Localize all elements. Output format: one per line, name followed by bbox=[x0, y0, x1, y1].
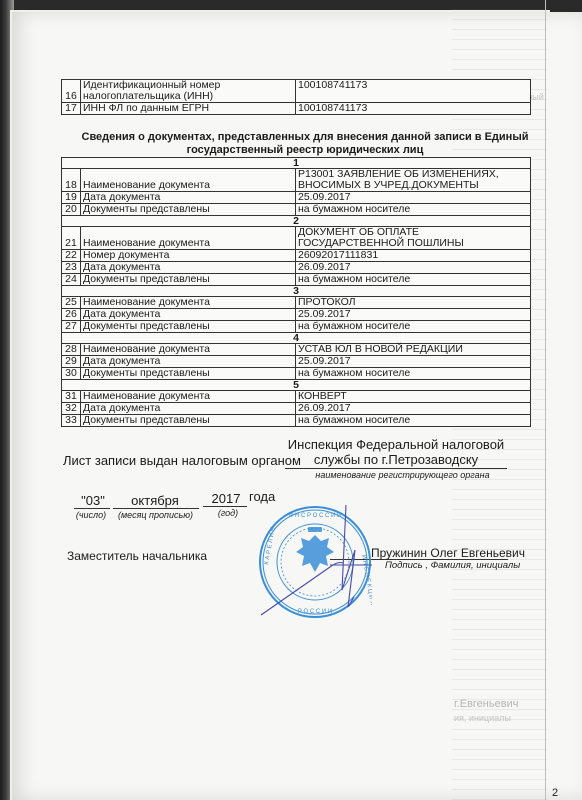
table-row: 28Наименование документаУСТАВ ЮЛ В НОВОЙ… bbox=[62, 344, 531, 356]
row-value: 26.09.2017 bbox=[296, 262, 531, 274]
row-number: 19 bbox=[62, 192, 81, 204]
row-value: 26.09.2017 bbox=[296, 403, 531, 415]
row-label: ИНН ФЛ по данным ЕГРН bbox=[81, 103, 296, 115]
documents-table: 118Наименование документаР13001 ЗАЯВЛЕНИ… bbox=[61, 157, 531, 427]
row-label: Документы представлены bbox=[81, 274, 296, 286]
row-value: 25.09.2017 bbox=[296, 309, 531, 321]
row-label: Идентификационный номер налогоплательщик… bbox=[81, 80, 296, 103]
table-row: 20Документы представленына бумажном носи… bbox=[62, 204, 531, 216]
row-number: 16 bbox=[62, 80, 81, 103]
signer-position: Заместитель начальника bbox=[67, 549, 207, 563]
row-number: 18 bbox=[62, 169, 81, 192]
svg-text:Ф Н С Р О С С И И: Ф Н С Р О С С И И bbox=[289, 513, 342, 519]
signature-caption: Подпись , Фамилия, инициалы bbox=[385, 560, 520, 571]
row-value: на бумажном носителе bbox=[296, 321, 531, 333]
row-number: 30 bbox=[62, 368, 81, 380]
table-row: 25Наименование документаПРОТОКОЛ bbox=[62, 297, 531, 309]
row-label: Наименование документа bbox=[81, 297, 296, 309]
row-label: Дата документа bbox=[81, 356, 296, 368]
authority-underline bbox=[285, 468, 507, 469]
row-label: Дата документа bbox=[81, 403, 296, 415]
row-label: Дата документа bbox=[81, 309, 296, 321]
date-year: 2017 bbox=[206, 491, 246, 506]
section-number: 4 bbox=[62, 333, 531, 344]
official-seal-icon: Ф Н С Р О С С И И Р О С С И И К А Р Е Л … bbox=[258, 505, 372, 619]
authority-line-2: службы по г.Петрозаводску bbox=[287, 452, 505, 467]
table-row: 18Наименование документаР13001 ЗАЯВЛЕНИЕ… bbox=[62, 169, 531, 192]
row-number: 26 bbox=[62, 309, 81, 321]
row-value: 25.09.2017 bbox=[296, 192, 531, 204]
section-heading: Сведения о документах, представленных дл… bbox=[62, 131, 548, 157]
svg-text:Р О С С И И: Р О С С И И bbox=[298, 609, 332, 615]
year-suffix: года bbox=[249, 489, 275, 504]
section-row: 4 bbox=[62, 333, 531, 344]
section-number: 2 bbox=[62, 216, 531, 227]
taxpayer-id-table: 16 Идентификационный номер налогоплатель… bbox=[61, 79, 531, 115]
row-value: КОНВЕРТ bbox=[296, 391, 531, 403]
row-label: Документы представлены bbox=[81, 368, 296, 380]
row-number: 27 bbox=[62, 321, 81, 333]
date-month: октября bbox=[115, 493, 195, 508]
authority-line-1: Инспекция Федеральной налоговой bbox=[287, 437, 505, 452]
section-number: 3 bbox=[62, 286, 531, 297]
row-number: 29 bbox=[62, 356, 81, 368]
table-row: 26Дата документа25.09.2017 bbox=[62, 309, 531, 321]
row-number: 28 bbox=[62, 344, 81, 356]
table-row: 30Документы представленына бумажном носи… bbox=[62, 368, 531, 380]
table-row: 33Документы представленына бумажном носи… bbox=[62, 415, 531, 427]
row-label: Номер документа bbox=[81, 250, 296, 262]
year-caption: (год) bbox=[208, 508, 248, 518]
row-number: 23 bbox=[62, 262, 81, 274]
table-row: 16 Идентификационный номер налогоплатель… bbox=[62, 80, 531, 103]
row-value: Р13001 ЗАЯВЛЕНИЕ ОБ ИЗМЕНЕНИЯХ, ВНОСИМЫХ… bbox=[296, 169, 531, 192]
row-value: на бумажном носителе bbox=[296, 368, 531, 380]
authority-caption: наименование регистрирующего органа bbox=[300, 470, 505, 480]
row-value: 100108741173 bbox=[296, 103, 531, 115]
table-row: 29Дата документа25.09.2017 bbox=[62, 356, 531, 368]
row-label: Документы представлены bbox=[81, 321, 296, 333]
table-row: 19Дата документа25.09.2017 bbox=[62, 192, 531, 204]
row-label: Документы представлены bbox=[81, 204, 296, 216]
row-value: УСТАВ ЮЛ В НОВОЙ РЕДАКЦИИ bbox=[296, 344, 531, 356]
section-row: 1 bbox=[62, 158, 531, 169]
bleed-text: ия, инициалы bbox=[454, 713, 511, 723]
row-number: 20 bbox=[62, 204, 81, 216]
signer-name: Пружинин Олег Евгеньевич bbox=[371, 546, 525, 560]
row-value: на бумажном носителе bbox=[296, 204, 531, 216]
section-row: 2 bbox=[62, 216, 531, 227]
table-row: 27Документы представленына бумажном носи… bbox=[62, 321, 531, 333]
row-value: 25.09.2017 bbox=[296, 356, 531, 368]
row-number: 31 bbox=[62, 391, 81, 403]
registering-authority: Инспекция Федеральной налоговой службы п… bbox=[287, 437, 505, 467]
row-value: 26092017111831 bbox=[296, 250, 531, 262]
page-fold-line bbox=[545, 0, 546, 800]
table-row: 22Номер документа26092017111831 bbox=[62, 250, 531, 262]
bleed-text: г.Евгеньевич bbox=[454, 698, 518, 710]
section-row: 3 bbox=[62, 286, 531, 297]
table-row: 24Документы представленына бумажном носи… bbox=[62, 274, 531, 286]
row-label: Наименование документа bbox=[81, 169, 296, 192]
section-row: 5 bbox=[62, 380, 531, 391]
section-number: 5 bbox=[62, 380, 531, 391]
issued-by-label: Лист записи выдан налоговым органом bbox=[63, 453, 301, 468]
page-number: 2 bbox=[552, 787, 558, 799]
month-underline bbox=[113, 508, 199, 509]
row-number: 24 bbox=[62, 274, 81, 286]
row-label: Документы представлены bbox=[81, 415, 296, 427]
row-number: 21 bbox=[62, 227, 81, 250]
table-row: 17 ИНН ФЛ по данным ЕГРН 100108741173 bbox=[62, 103, 531, 115]
row-number: 25 bbox=[62, 297, 81, 309]
year-underline bbox=[203, 506, 247, 507]
row-value: 100108741173 bbox=[296, 80, 531, 103]
date-day: "03" bbox=[77, 493, 109, 508]
row-value: ДОКУМЕНТ ОБ ОПЛАТЕ ГОСУДАРСТВЕННОЙ ПОШЛИ… bbox=[296, 227, 531, 250]
row-number: 22 bbox=[62, 250, 81, 262]
row-value: на бумажном носителе bbox=[296, 415, 531, 427]
table-row: 31Наименование документаКОНВЕРТ bbox=[62, 391, 531, 403]
row-number: 17 bbox=[62, 103, 81, 115]
section-number: 1 bbox=[62, 158, 531, 169]
row-value: ПРОТОКОЛ bbox=[296, 297, 531, 309]
table-row: 23Дата документа26.09.2017 bbox=[62, 262, 531, 274]
row-label: Дата документа bbox=[81, 192, 296, 204]
row-label: Дата документа bbox=[81, 262, 296, 274]
row-label: Наименование документа bbox=[81, 344, 296, 356]
month-caption: (месяц прописью) bbox=[108, 510, 203, 520]
row-number: 33 bbox=[62, 415, 81, 427]
row-label: Наименование документа bbox=[81, 391, 296, 403]
table-row: 32Дата документа26.09.2017 bbox=[62, 403, 531, 415]
row-number: 32 bbox=[62, 403, 81, 415]
day-underline bbox=[74, 508, 110, 509]
table-row: 21Наименование документаДОКУМЕНТ ОБ ОПЛА… bbox=[62, 227, 531, 250]
row-label: Наименование документа bbox=[81, 227, 296, 250]
row-value: на бумажном носителе bbox=[296, 274, 531, 286]
